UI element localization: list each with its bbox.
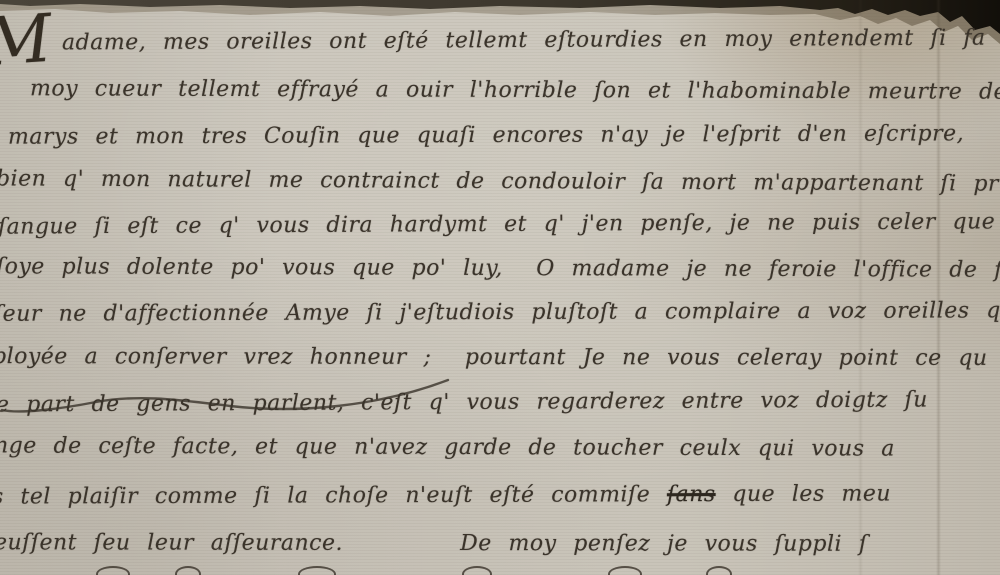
line-segment: s tel plaiſir comme ſi la choſe n'euſt e…: [0, 482, 667, 509]
glyph-top: [608, 566, 642, 575]
struck-word: ſans: [667, 482, 716, 507]
manuscript-line-6: ſoye plus dolente po' vous que po' luy, …: [0, 254, 1000, 283]
manuscript-line-11: s tel plaiſir comme ſi la choſe n'euſt e…: [0, 481, 891, 509]
manuscript-line-3: marys et mon tres Couſin que quaſi encor…: [8, 121, 964, 149]
manuscript-line-10: nge de ceſte facte, et que n'avez garde …: [0, 433, 895, 461]
manuscript-page: M adame, mes oreilles ont eſté tellemt e…: [0, 0, 1000, 575]
manuscript-line-5: ſangue ſi eſt ce q' vous dira hardymt et…: [0, 209, 995, 239]
manuscript-line-2: moy cueur tellemt effrayé a ouir l'horri…: [30, 76, 1000, 105]
manuscript-line-9: e part de gens en parlent, c'eſt q' vous…: [0, 388, 928, 418]
glyph-top: [706, 566, 732, 575]
glyph-top: [462, 566, 492, 575]
manuscript-line-8: ployée a conſerver vrez honneur ; pourta…: [0, 344, 988, 371]
glyph-top: [298, 566, 336, 575]
line-segment: que les meu: [716, 481, 891, 507]
partial-line-glyphs: [0, 566, 1000, 575]
manuscript-line-1: adame, mes oreilles ont eſté tellemt eſt…: [62, 26, 986, 56]
manuscript-lines: adame, mes oreilles ont eſté tellemt eſt…: [0, 0, 1000, 575]
glyph-top: [175, 566, 201, 575]
manuscript-line-7: ſeur ne d'affectionnée Amye ſi j'eſtudio…: [0, 298, 1000, 327]
manuscript-line-12: euſſent ſeu leur aſſeurance. De moy penſ…: [0, 530, 867, 557]
manuscript-line-4: bien q' mon naturel me contrainct de con…: [0, 166, 999, 196]
glyph-top: [96, 566, 130, 575]
